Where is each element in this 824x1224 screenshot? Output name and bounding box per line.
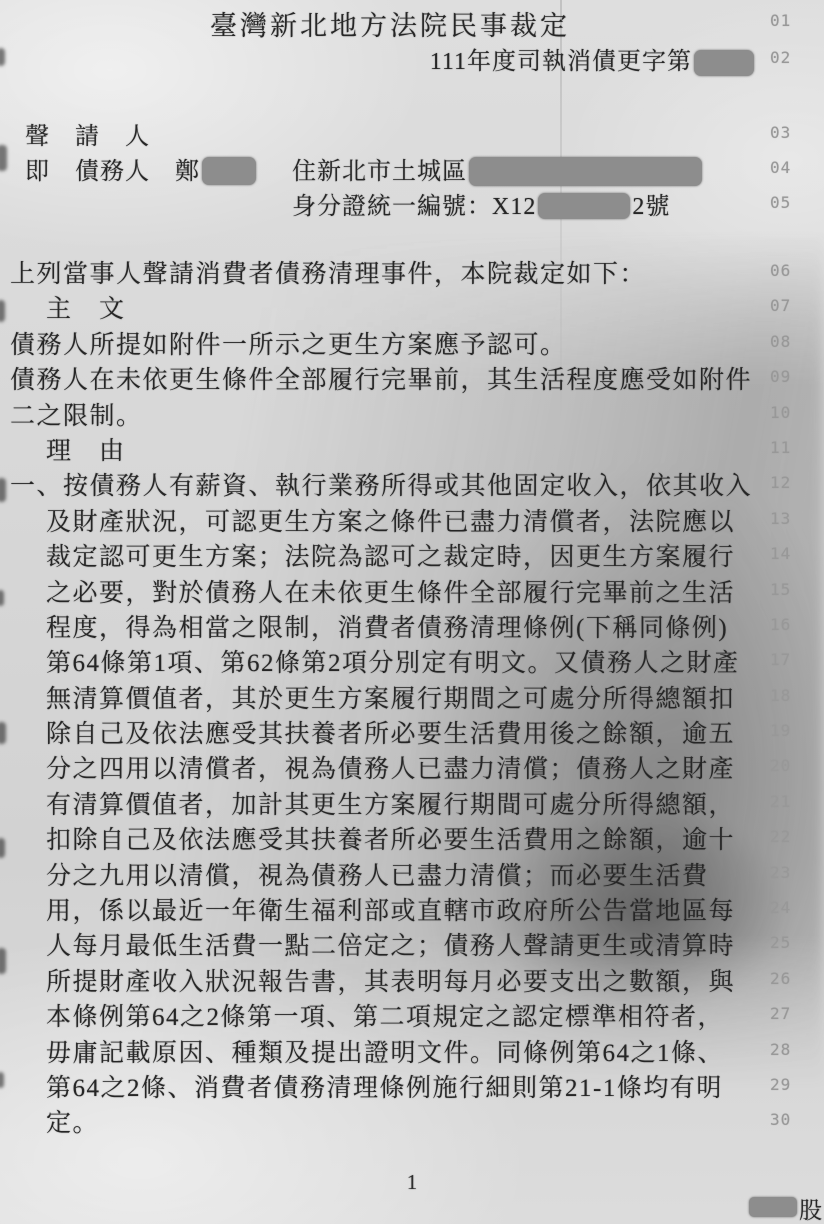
line-number: 01 — [770, 4, 820, 30]
line-number: 05 — [770, 186, 820, 212]
line-text: 程度，得為相當之限制，消費者債務清理條例(下稱同條例) — [46, 615, 728, 642]
case-number-text: 111年度司執消債更字第 — [430, 49, 692, 75]
case-number-row: 111年度司執消債更字第 02 — [10, 41, 824, 78]
document-line: 及財產狀況，可認更生方案之條件已盡力清償者，法院應以13 — [10, 502, 824, 537]
document-line: 債務人在未依更生條件全部履行完畢前，其生活程度應受如附件09 — [10, 360, 824, 395]
debtor-name-text: 即 債務人 鄭 — [25, 159, 200, 185]
line-text: 及財產狀況，可認更生方案之條件已盡力清償者，法院應以 — [46, 509, 735, 536]
applicant-label: 聲 請 人 — [25, 116, 150, 151]
debtor-label: 即 債務人 鄭 — [25, 151, 258, 189]
document-line: 除自己及依法應受其扶養者所必要生活費用後之餘額，逾五19 — [10, 714, 824, 749]
line-text: 裁定認可更生方案；法院為認可之裁定時，因更生方案履行 — [46, 544, 735, 571]
scan-artifact — [0, 48, 5, 66]
line-number: 20 — [770, 749, 820, 775]
line-number: 27 — [770, 997, 820, 1023]
line-text: 上列當事人聲請消費者債務清理事件，本院裁定如下： — [10, 261, 646, 288]
line-text: 無清算價值者，其於更生方案履行期間之可處分所得總額扣 — [46, 686, 735, 713]
page-number: 1 — [0, 1170, 824, 1195]
line-number: 16 — [770, 608, 820, 634]
line-text: 之必要，對於債務人在未依更生條件全部履行完畢前之生活 — [46, 580, 735, 607]
applicant-row: 聲 請 人 03 — [10, 116, 824, 151]
document-line: 主 文07 — [10, 289, 824, 324]
line-number: 09 — [770, 360, 820, 386]
address-redaction — [469, 157, 702, 186]
line-number: 25 — [770, 926, 820, 952]
document-line: 有清算價值者，加計其更生方案履行期間可處分所得總額，21 — [10, 785, 824, 820]
line-text: 除自己及依法應受其扶養者所必要生活費用後之餘額，逾五 — [46, 721, 735, 748]
line-number: 19 — [770, 714, 820, 740]
line-text: 本條例第64之2條第一項、第二項規定之認定標準相符者， — [46, 1004, 724, 1031]
line-text: 債務人在未依更生條件全部履行完畢前，其生活程度應受如附件 — [10, 367, 752, 394]
line-text: 第64之2條、消費者債務清理條例施行細則第21-1條均有明 — [46, 1075, 723, 1102]
line-text: 人每月最低生活費一點二倍定之；債務人聲請更生或清算時 — [46, 933, 735, 960]
line-text: 所提財產收入狀況報告書，其表明每月必要支出之數額，與 — [46, 969, 735, 996]
line-number: 08 — [770, 325, 820, 351]
address-prefix-text: 住新北市土城區 — [292, 159, 467, 185]
line-number: 12 — [770, 466, 820, 492]
scan-artifact — [0, 1072, 4, 1088]
line-number: 24 — [770, 891, 820, 917]
blank-line — [10, 221, 824, 254]
id-number-row: 身分證統一編號：X122號 05 — [10, 186, 824, 221]
line-number: 03 — [770, 116, 820, 142]
line-number: 30 — [770, 1103, 820, 1129]
document-title: 臺灣新北地方法院民事裁定 — [210, 11, 570, 41]
document-line: 扣除自己及依法應受其扶養者所必要生活費用之餘額，逾十22 — [10, 820, 824, 855]
document-line: 用，係以最近一年衛生福利部或直轄市政府所公告當地區每24 — [10, 891, 824, 926]
id-number-line: 身分證統一編號：X122號 — [292, 186, 670, 223]
document-line: 裁定認可更生方案；法院為認可之裁定時，因更生方案履行14 — [10, 537, 824, 572]
scan-artifact — [0, 838, 5, 858]
line-text: 用，係以最近一年衛生福利部或直轄市政府所公告當地區每 — [46, 898, 735, 925]
line-number: 13 — [770, 502, 820, 528]
line-number: 28 — [770, 1033, 820, 1059]
line-number: 07 — [770, 289, 820, 315]
line-number: 26 — [770, 962, 820, 988]
scan-artifact — [0, 948, 6, 974]
document-line: 定。30 — [10, 1103, 824, 1138]
case-number-redaction — [694, 50, 754, 76]
document-line: 之必要，對於債務人在未依更生條件全部履行完畢前之生活15 — [10, 573, 824, 608]
scan-artifact — [0, 300, 5, 322]
body-rows: 上列當事人聲請消費者債務清理事件，本院裁定如下：06主 文07債務人所提如附件一… — [10, 254, 824, 1139]
line-number: 23 — [770, 856, 820, 882]
clerk-suffix-text: 股 — [799, 1192, 822, 1224]
line-text: 有清算價值者，加計其更生方案履行期間可處分所得總額， — [46, 792, 735, 819]
line-text: 分之九用以清償，視為債務人已盡力清償；而必要生活費 — [46, 863, 709, 890]
line-text: 二之限制。 — [10, 403, 143, 430]
line-text: 分之四用以清償者，視為債務人已盡力清償；債務人之財產 — [46, 756, 735, 783]
debtor-address: 住新北市土城區 — [292, 151, 704, 190]
scan-artifact — [0, 590, 4, 606]
line-number: 18 — [770, 679, 820, 705]
line-number: 04 — [770, 151, 820, 177]
document-title-row: 臺灣新北地方法院民事裁定 01 — [10, 4, 824, 41]
debtor-row: 即 債務人 鄭 住新北市土城區 04 — [10, 151, 824, 186]
scan-artifact — [0, 145, 7, 171]
document-line: 毋庸記載原因、種類及提出證明文件。同條例第64之1條、28 — [10, 1033, 824, 1068]
document-line: 本條例第64之2條第一項、第二項規定之認定標準相符者，27 — [10, 997, 824, 1032]
document-line: 二之限制。10 — [10, 396, 824, 431]
line-number: 11 — [770, 431, 820, 457]
line-number: 17 — [770, 643, 820, 669]
line-number: 14 — [770, 537, 820, 563]
document-line: 上列當事人聲請消費者債務清理事件，本院裁定如下：06 — [10, 254, 824, 289]
scan-artifact — [0, 478, 6, 502]
line-number: 22 — [770, 820, 820, 846]
line-text: 債務人所提如附件一所示之更生方案應予認可。 — [10, 332, 567, 359]
line-number: 21 — [770, 785, 820, 811]
id-number-redaction — [538, 193, 630, 219]
line-text: 毋庸記載原因、種類及提出證明文件。同條例第64之1條、 — [46, 1040, 724, 1067]
document-line: 所提財產收入狀況報告書，其表明每月必要支出之數額，與26 — [10, 962, 824, 997]
document-line: 無清算價值者，其於更生方案履行期間之可處分所得總額扣18 — [10, 679, 824, 714]
line-number: 29 — [770, 1068, 820, 1094]
document-line: 債務人所提如附件一所示之更生方案應予認可。08 — [10, 325, 824, 360]
document-line: 第64之2條、消費者債務清理條例施行細則第21-1條均有明29 — [10, 1068, 824, 1103]
debtor-name-redaction — [202, 157, 256, 185]
document-line: 理 由11 — [10, 431, 824, 466]
document-line: 人每月最低生活費一點二倍定之；債務人聲請更生或清算時25 — [10, 926, 824, 961]
scan-artifact — [0, 722, 6, 744]
line-number: 06 — [770, 254, 820, 280]
line-number: 02 — [770, 41, 820, 67]
line-text: 主 文 — [46, 296, 126, 323]
document-content: 臺灣新北地方法院民事裁定 01 111年度司執消債更字第 02 聲 請 人 03… — [10, 4, 824, 1139]
line-text: 理 由 — [46, 438, 126, 465]
clerk-stamp: 股 — [747, 1192, 822, 1224]
scanned-court-ruling-page: 臺灣新北地方法院民事裁定 01 111年度司執消債更字第 02 聲 請 人 03… — [0, 0, 824, 1224]
document-line: 分之四用以清償者，視為債務人已盡力清償；債務人之財產20 — [10, 749, 824, 784]
blank-line — [10, 78, 824, 116]
line-number: 10 — [770, 396, 820, 422]
line-text: 定。 — [46, 1110, 99, 1137]
line-number: 15 — [770, 573, 820, 599]
id-suffix-text: 2號 — [632, 194, 670, 220]
document-line: 一、按債務人有薪資、執行業務所得或其他固定收入，依其收入12 — [10, 466, 824, 501]
line-text: 一、按債務人有薪資、執行業務所得或其他固定收入，依其收入 — [10, 473, 752, 500]
document-line: 第64條第1項、第62條第2項分別定有明文。又債務人之財產17 — [10, 643, 824, 678]
document-line: 分之九用以清償，視為債務人已盡力清償；而必要生活費23 — [10, 856, 824, 891]
line-text: 第64條第1項、第62條第2項分別定有明文。又債務人之財產 — [46, 650, 740, 677]
line-text: 扣除自己及依法應受其扶養者所必要生活費用之餘額，逾十 — [46, 827, 735, 854]
clerk-name-redaction — [749, 1197, 797, 1217]
document-line: 程度，得為相當之限制，消費者債務清理條例(下稱同條例)16 — [10, 608, 824, 643]
id-prefix-text: 身分證統一編號：X12 — [292, 194, 536, 220]
